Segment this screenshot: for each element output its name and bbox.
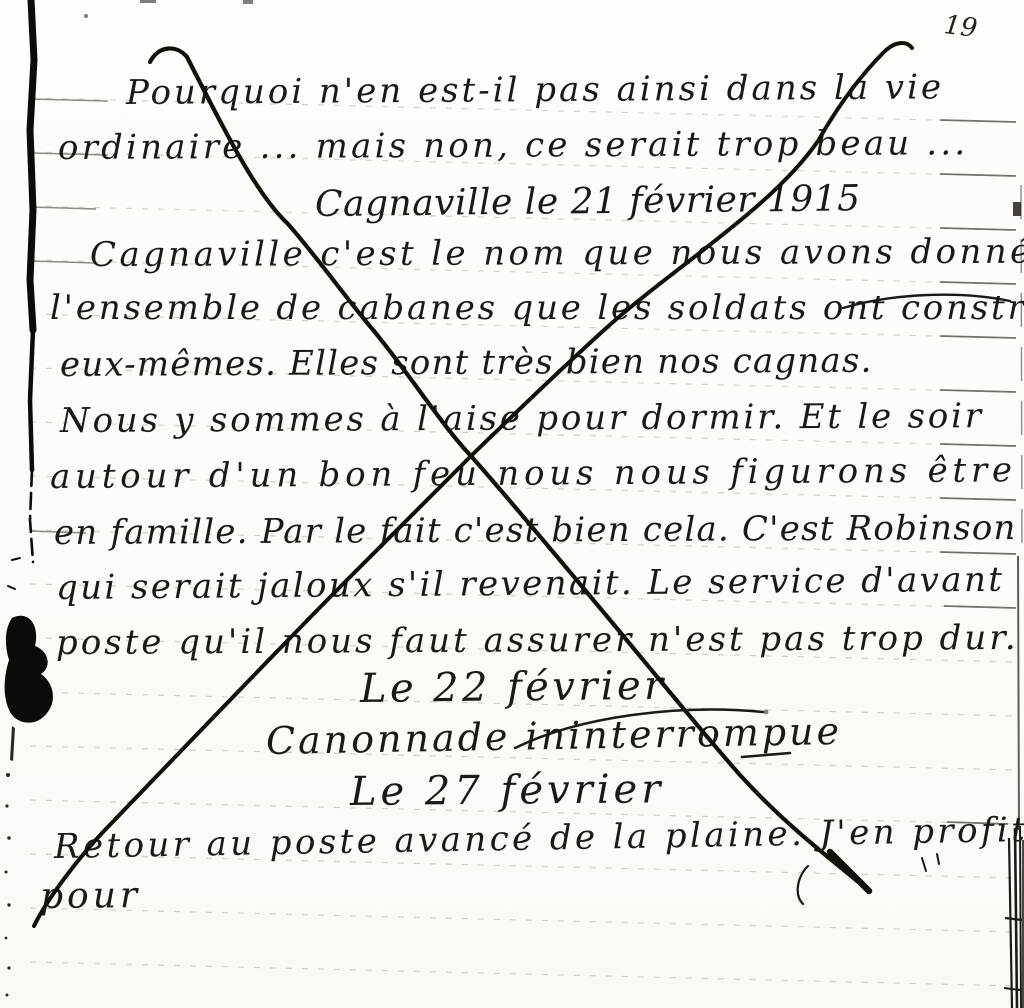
manuscript-line: Nous y sommes à l'aise pour dormir. Et l… [60, 399, 984, 440]
manuscript-line: Pourquoi n'en est-il pas ainsi dans la v… [126, 70, 944, 111]
ink-blob [5, 616, 53, 723]
manuscript-line: l'ensemble de cabanes que les soldats on… [50, 291, 1024, 327]
left-margin-specks [5, 726, 16, 997]
manuscript-line: en famille. Par le fait c'est bien cela.… [54, 511, 1017, 552]
manuscript-line-date-heading: Le 27 février [350, 768, 665, 813]
page-number: 19 [942, 10, 979, 44]
manuscript-line: Canonnade ininterrompue [266, 712, 843, 762]
manuscript-line-date-heading: Le 22 février [360, 665, 667, 710]
manuscript-line: ordinaire ... mais non, ce serait trop b… [58, 126, 969, 166]
cross-out-stroke-down-right-tip [830, 852, 869, 891]
manuscript-line: Retour au poste avancé de la plaine. J'e… [54, 813, 1024, 866]
binding-edge [8, 0, 34, 589]
manuscript-line-date-heading: Cagnaville le 21 février 1915 [315, 180, 861, 224]
manuscript-line: pour [40, 877, 141, 916]
tick-marks-bottom-right [922, 854, 939, 871]
manuscript-line: autour d'un bon feu nous nous figurons ê… [50, 453, 1017, 495]
scanned-notebook-page: 19 Pourquoi n'en est-il pas ainsi dans l… [0, 0, 1024, 1008]
manuscript-line: Cagnaville c'est le nom que nous avons d… [90, 235, 1024, 274]
manuscript-line: poste qu'il nous faut assurer n'est pas … [56, 621, 1019, 662]
paren-mark-bottom-right [798, 866, 808, 904]
manuscript-line: eux-mêmes. Elles sont très bien nos cagn… [60, 344, 873, 384]
manuscript-line: qui serait jaloux s'il revenait. Le serv… [56, 563, 1005, 607]
